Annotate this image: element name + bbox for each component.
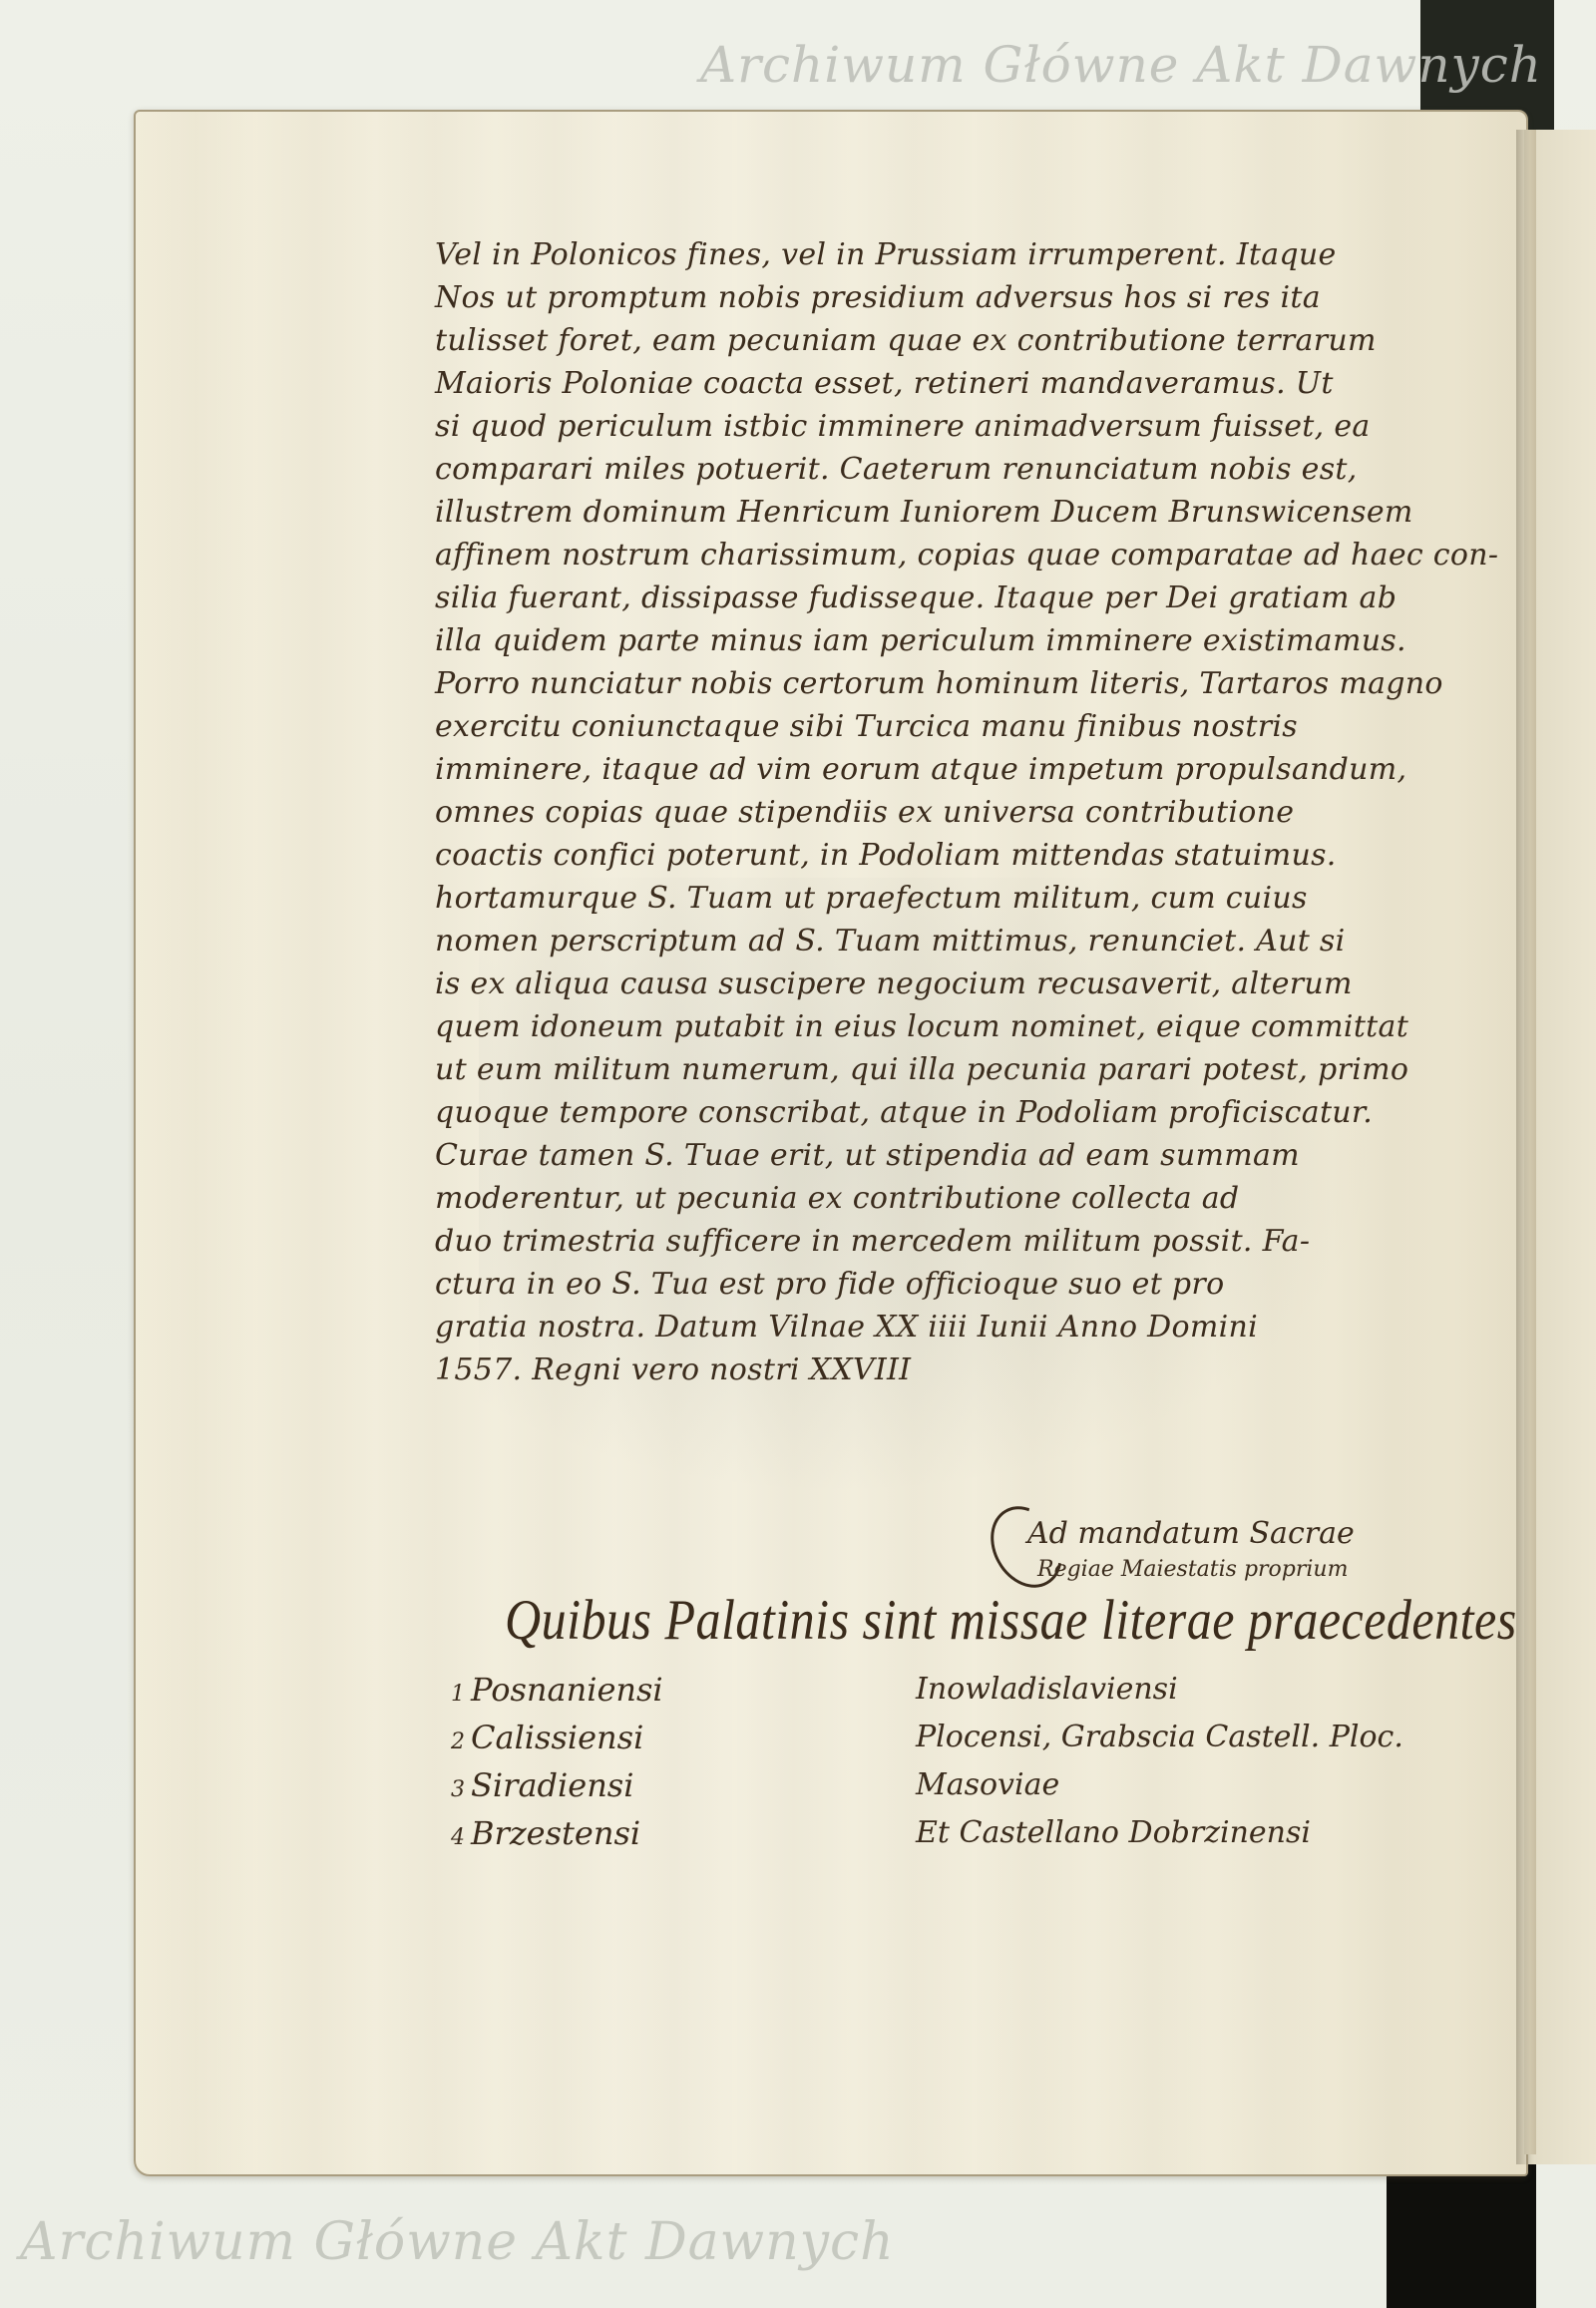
letter-line: Porro nunciatur nobis certorum hominum l… bbox=[435, 662, 1422, 705]
recipient-item: Inowladislaviensi bbox=[916, 1666, 1403, 1714]
letter-line: gratia nostra. Datum Vilnae XX iiii Iuni… bbox=[435, 1306, 1422, 1348]
recipient-item: 3Siradiensi bbox=[451, 1761, 663, 1809]
signature-line-1: Ad mandatum Sacrae bbox=[1027, 1516, 1355, 1551]
letter-line: quem idoneum putabit in eius locum nomin… bbox=[435, 1005, 1422, 1048]
letter-line: coactis confici poterunt, in Podoliam mi… bbox=[435, 834, 1422, 877]
letter-line: Nos ut promptum nobis presidium adversus… bbox=[435, 276, 1422, 319]
recipient-item: Masoviae bbox=[916, 1761, 1403, 1809]
letter-line: illustrem dominum Henricum Iuniorem Duce… bbox=[435, 491, 1422, 534]
recipients-list-left: 1Posnaniensi 2Calissiensi 3Siradiensi 4B… bbox=[451, 1666, 663, 1857]
letter-line: moderentur, ut pecunia ex contributione … bbox=[435, 1177, 1422, 1220]
letter-line: comparari miles potuerit. Caeterum renun… bbox=[435, 448, 1422, 491]
letter-line: omnes copias quae stipendiis ex universa… bbox=[435, 791, 1422, 834]
signature-block: Ad mandatum Sacrae Regiae Maiestatis pro… bbox=[1007, 1516, 1355, 1582]
recipient-item: 1Posnaniensi bbox=[451, 1666, 663, 1714]
recipient-name: Calissiensi bbox=[471, 1719, 643, 1756]
letter-line: tulisset foret, eam pecuniam quae ex con… bbox=[435, 319, 1422, 362]
recipients-list-right: Inowladislaviensi Plocensi, Grabscia Cas… bbox=[916, 1666, 1403, 1857]
signature-line-2: Regiae Maiestatis proprium bbox=[1037, 1557, 1355, 1582]
letter-line: nomen perscriptum ad S. Tuam mittimus, r… bbox=[435, 920, 1422, 962]
recipient-name: Posnaniensi bbox=[471, 1671, 663, 1709]
letter-line: duo trimestria sufficere in mercedem mil… bbox=[435, 1220, 1422, 1263]
letter-body: Vel in Polonicos fines, vel in Prussiam … bbox=[435, 233, 1422, 1391]
letter-line: ut eum militum numerum, qui illa pecunia… bbox=[435, 1048, 1422, 1091]
letter-line: quoque tempore conscribat, atque in Podo… bbox=[435, 1091, 1422, 1134]
recipient-number: 3 bbox=[451, 1777, 465, 1802]
recipient-number: 2 bbox=[451, 1730, 465, 1754]
recipient-name: Brzestensi bbox=[471, 1814, 640, 1852]
binding-strip-bottom bbox=[1387, 2154, 1536, 2308]
letter-line: affinem nostrum charissimum, copias quae… bbox=[435, 534, 1422, 577]
recipient-item: Plocensi, Grabscia Castell. Ploc. bbox=[916, 1714, 1403, 1761]
letter-line: Curae tamen S. Tuae erit, ut stipendia a… bbox=[435, 1134, 1422, 1177]
recipient-item: 4Brzestensi bbox=[451, 1809, 663, 1857]
letter-line: hortamurque S. Tuam ut praefectum militu… bbox=[435, 877, 1422, 920]
letter-line: 1557. Regni vero nostri XXVIII bbox=[435, 1348, 1422, 1391]
recipient-number: 1 bbox=[451, 1682, 465, 1707]
letter-line: si quod periculum istbic imminere animad… bbox=[435, 405, 1422, 448]
recipient-item: 2Calissiensi bbox=[451, 1714, 663, 1761]
letter-line: Vel in Polonicos fines, vel in Prussiam … bbox=[435, 233, 1422, 276]
letter-line: silia fuerant, dissipasse fudisseque. It… bbox=[435, 577, 1422, 619]
letter-line: is ex aliqua causa suscipere negocium re… bbox=[435, 962, 1422, 1005]
recipients-heading: Quibus Palatinis sint missae literae pra… bbox=[505, 1586, 1517, 1653]
letter-line: exercitu coniunctaque sibi Turcica manu … bbox=[435, 705, 1422, 748]
recipient-item: Et Castellano Dobrzinensi bbox=[916, 1809, 1403, 1857]
letter-line: ctura in eo S. Tua est pro fide officioq… bbox=[435, 1263, 1422, 1306]
recipient-number: 4 bbox=[451, 1825, 465, 1850]
letter-line: Maioris Poloniae coacta esset, retineri … bbox=[435, 362, 1422, 405]
recipient-name: Siradiensi bbox=[471, 1766, 633, 1804]
gutter-shadow bbox=[1516, 130, 1530, 2164]
letter-line: imminere, itaque ad vim eorum atque impe… bbox=[435, 748, 1422, 791]
letter-line: illa quidem parte minus iam periculum im… bbox=[435, 619, 1422, 662]
